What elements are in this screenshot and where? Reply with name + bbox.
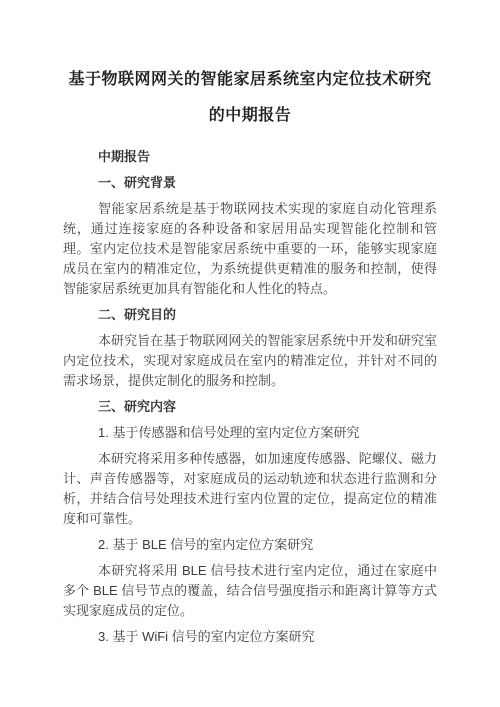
document-label: 中期报告 [63,147,437,167]
document-subheading: 3. 基于 WiFi 信号的室内定位方案研究 [63,627,437,647]
document-title-line-1: 基于物联网网关的智能家居系统室内定位技术研究 [63,62,437,98]
document-heading: 二、研究目的 [63,305,437,325]
document-heading: 一、研究背景 [63,173,437,193]
document-paragraph: 本研究将采用多种传感器，如加速度传感器、陀螺仪、磁力计、声音传感器等，对家庭成员… [63,449,437,529]
document-title: 基于物联网网关的智能家居系统室内定位技术研究 的中期报告 [63,62,437,134]
document-title-line-2: 的中期报告 [63,98,437,134]
document-paragraph: 智能家居系统是基于物联网技术实现的家庭自动化管理系统，通过连接家庭的各种设备和家… [63,199,437,299]
document-subheading: 2. 基于 BLE 信号的室内定位方案研究 [63,535,437,555]
document-page: 基于物联网网关的智能家居系统室内定位技术研究 的中期报告 中期报告一、研究背景智… [0,0,500,707]
document-body: 中期报告一、研究背景智能家居系统是基于物联网技术实现的家庭自动化管理系统，通过连… [63,147,437,647]
document-paragraph: 本研究旨在基于物联网网关的智能家居系统中开发和研究室内定位技术，实现对家庭成员在… [63,331,437,391]
document-subheading: 1. 基于传感器和信号处理的室内定位方案研究 [63,423,437,443]
document-paragraph: 本研究将采用 BLE 信号技术进行室内定位，通过在家庭中多个 BLE 信号节点的… [63,561,437,621]
document-heading: 三、研究内容 [63,397,437,417]
